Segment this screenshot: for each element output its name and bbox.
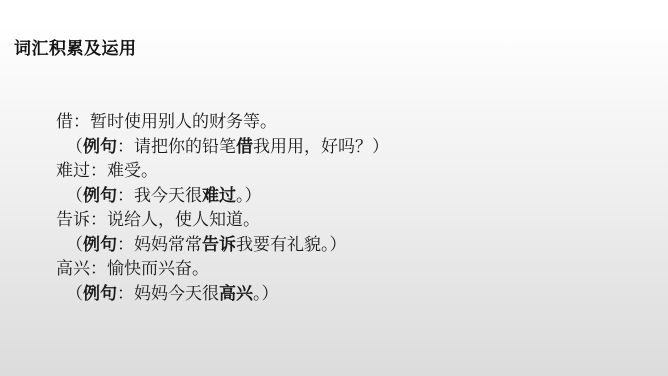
open-paren: （ — [66, 284, 83, 304]
example-highlight: 高兴 — [219, 284, 253, 304]
slide-title: 词汇积累及运用 — [14, 34, 137, 59]
example-line: （例句：妈妈今天很高兴。） — [56, 282, 389, 307]
term: 借 — [56, 112, 73, 132]
definition: 暂时使用别人的财务等。 — [90, 112, 277, 132]
example-colon: ： — [117, 284, 134, 304]
example-colon: ： — [117, 137, 134, 157]
open-paren: （ — [66, 137, 83, 157]
example-text: 我用用，好吗？） — [253, 137, 389, 157]
example-line: （例句：我今天很难过。） — [56, 184, 389, 209]
example-label: 例句 — [83, 235, 117, 255]
definition: 难受。 — [107, 161, 158, 181]
definition-line: 高兴：愉快而兴奋。 — [56, 257, 389, 282]
colon: ： — [73, 112, 90, 132]
example-line: （例句：请把你的铅笔借我用用，好吗？） — [56, 135, 389, 160]
definition-line: 难过：难受。 — [56, 159, 389, 184]
example-label: 例句 — [83, 284, 117, 304]
definition-line: 借：暂时使用别人的财务等。 — [56, 110, 389, 135]
open-paren: （ — [66, 235, 83, 255]
vocabulary-list: 借：暂时使用别人的财务等。 （例句：请把你的铅笔借我用用，好吗？） 难过：难受。… — [56, 110, 389, 306]
definition: 说给人，使人知道。 — [107, 210, 260, 230]
term: 难过 — [56, 161, 90, 181]
example-text: 妈妈今天很 — [134, 284, 219, 304]
example-colon: ： — [117, 186, 134, 206]
example-line: （例句：妈妈常常告诉我要有礼貌。） — [56, 233, 389, 258]
example-text: 我今天很 — [134, 186, 202, 206]
definition: 愉快而兴奋。 — [107, 259, 209, 279]
example-highlight: 难过 — [202, 186, 236, 206]
term: 告诉 — [56, 210, 90, 230]
example-highlight: 告诉 — [202, 235, 236, 255]
example-highlight: 借 — [236, 137, 253, 157]
example-text: 我要有礼貌。） — [236, 235, 347, 255]
slide: 词汇积累及运用 借：暂时使用别人的财务等。 （例句：请把你的铅笔借我用用，好吗？… — [0, 0, 668, 376]
colon: ： — [90, 259, 107, 279]
example-label: 例句 — [83, 186, 117, 206]
colon: ： — [90, 161, 107, 181]
example-text: 。） — [253, 284, 279, 304]
colon: ： — [90, 210, 107, 230]
open-paren: （ — [66, 186, 83, 206]
example-text: 。） — [236, 186, 262, 206]
example-text: 请把你的铅笔 — [134, 137, 236, 157]
definition-line: 告诉：说给人，使人知道。 — [56, 208, 389, 233]
example-label: 例句 — [83, 137, 117, 157]
example-text: 妈妈常常 — [134, 235, 202, 255]
example-colon: ： — [117, 235, 134, 255]
term: 高兴 — [56, 259, 90, 279]
